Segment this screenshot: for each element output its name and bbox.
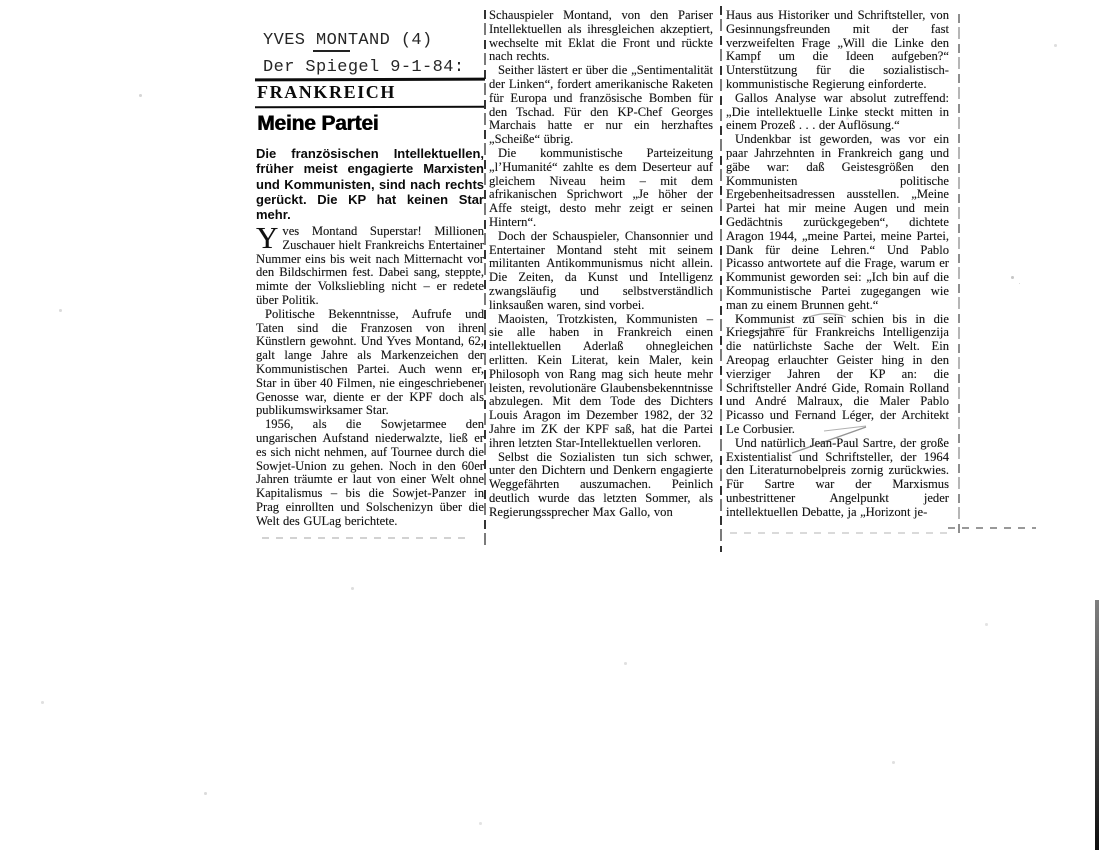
source-line: Der Spiegel 9-1-84:	[263, 59, 464, 76]
article-paragraph: 1956, als die Sowjetarmee den ungarische…	[256, 418, 484, 528]
clipping-cut-edge	[948, 527, 1036, 529]
column-divider-rule	[484, 10, 486, 546]
article-paragraph: Doch der Schauspieler, Chansonnier und E…	[489, 230, 713, 313]
article-paragraph: Gallos Analyse war absolut zutreffend: „…	[726, 92, 949, 133]
scanned-newspaper-page: YVES MONTAND (4) Der Spiegel 9-1-84: FRA…	[0, 0, 1100, 850]
article-column-2: Schauspieler Montand, von den Pariser In…	[489, 9, 713, 519]
section-kicker: FRANKREICH	[257, 82, 396, 103]
clipping-cut-edge	[262, 537, 467, 539]
kicker-rule-top	[255, 78, 485, 81]
article-paragraph: Undenkbar ist geworden, was vor ein paar…	[726, 133, 949, 312]
article-column-3: Haus aus Historiker und Schriftsteller, …	[726, 9, 949, 519]
article-paragraph: Selbst die Sozialisten tun sich schwer, …	[489, 451, 713, 520]
column-divider-rule	[720, 6, 722, 552]
scan-edge-line	[1095, 600, 1099, 850]
article-paragraph: Schauspieler Montand, von den Pariser In…	[489, 9, 713, 64]
article-headline: Meine Partei	[257, 112, 378, 136]
article-paragraph: Politische Bekenntnisse, Aufrufe und Tat…	[256, 308, 484, 418]
typed-underline-mark	[313, 50, 350, 52]
article-paragraph: Maoisten, Trotzkisten, Kommunisten – sie…	[489, 313, 713, 451]
article-paragraph: Yves Montand Superstar! Millionen Zuscha…	[256, 225, 484, 308]
clipping-cut-edge	[730, 532, 950, 534]
article-lead: Die französischen Intellektuellen, frühe…	[256, 146, 484, 222]
column-divider-rule	[958, 14, 960, 536]
article-column-1: Yves Montand Superstar! Millionen Zuscha…	[256, 225, 484, 529]
article-paragraph: Seither lästert er über die „Sentimental…	[489, 64, 713, 147]
article-paragraph: Haus aus Historiker und Schriftsteller, …	[726, 9, 949, 92]
scan-noise-specks	[0, 0, 1, 1]
series-title: YVES MONTAND (4)	[263, 32, 433, 49]
kicker-rule-bottom	[255, 106, 484, 109]
article-paragraph: Und natürlich Jean-Paul Sartre, der groß…	[726, 437, 949, 520]
article-paragraph: Die kommunistische Parteizeitung „l’Huma…	[489, 147, 713, 230]
article-paragraph: Kommunist zu sein schien bis in die Krie…	[726, 313, 949, 437]
